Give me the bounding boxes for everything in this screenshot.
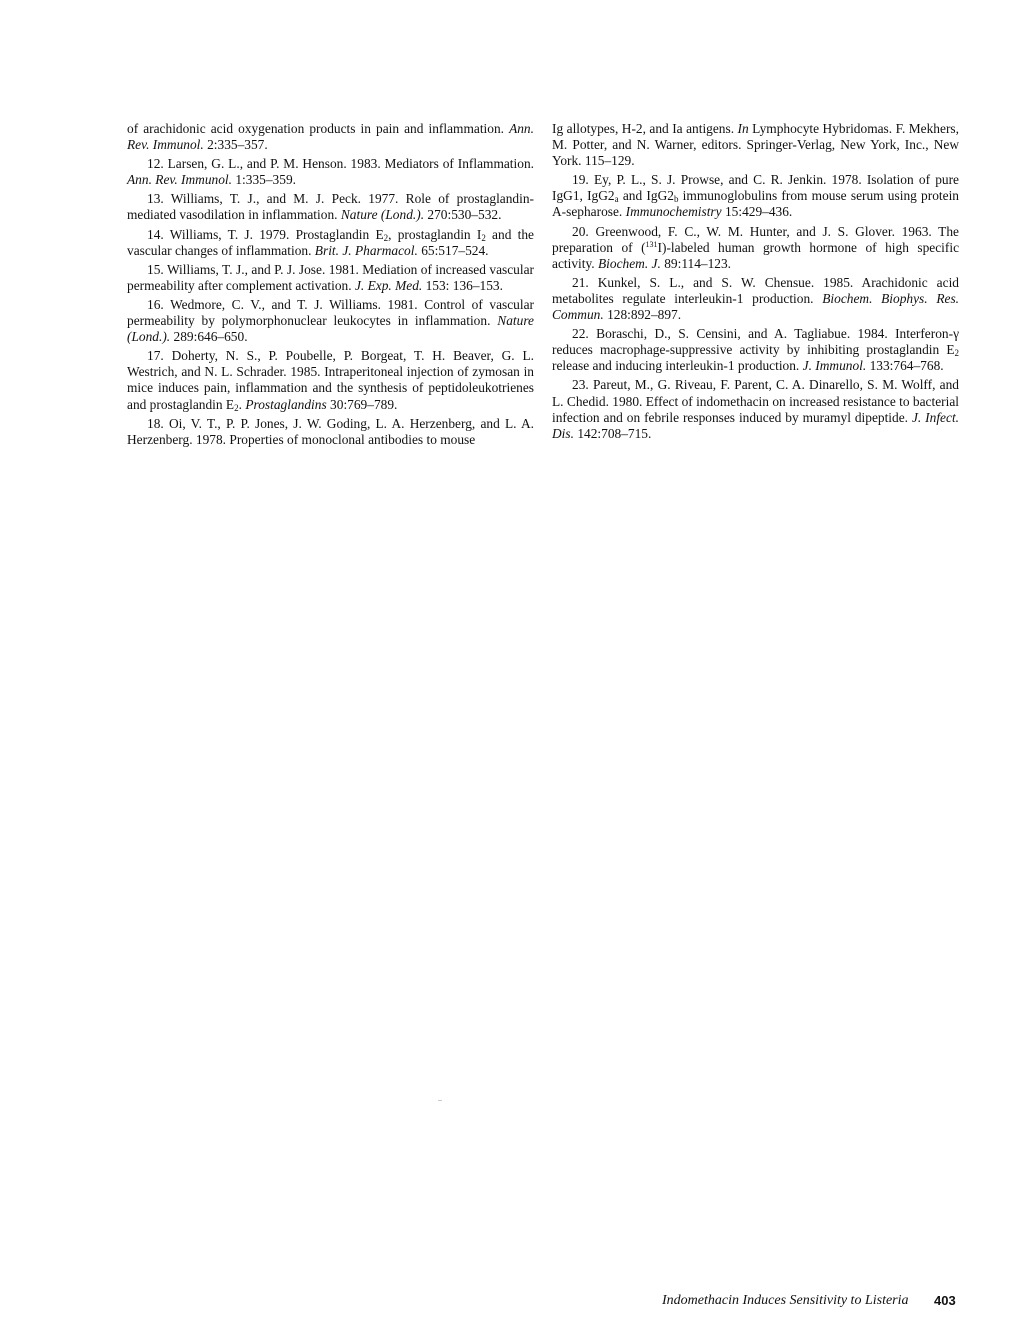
reference-17: 17. Doherty, N. S., P. Poubelle, P. Borg…	[127, 348, 534, 412]
ref-text: Wedmore, C. V., and T. J. Williams. 1981…	[127, 297, 534, 328]
ref-text: .	[239, 397, 242, 412]
ref-citation: 289:646–650.	[174, 329, 248, 344]
ref-in-marker: In	[738, 121, 749, 136]
ref-journal: Immunochemistry	[626, 204, 722, 219]
ref-text: Boraschi, D., S. Censini, and A. Tagliab…	[552, 326, 959, 357]
scan-artifact	[438, 1100, 442, 1101]
ref-citation: 89:114–123.	[664, 256, 731, 271]
ref-journal: J. Immunol.	[803, 358, 867, 373]
reference-13: 13. Williams, T. J., and M. J. Peck. 197…	[127, 191, 534, 223]
ref-number: 18.	[147, 416, 164, 431]
ref-text: Pareut, M., G. Riveau, F. Parent, C. A. …	[552, 377, 959, 424]
ref-journal: J. Exp. Med.	[355, 278, 422, 293]
reference-20: 20. Greenwood, F. C., W. M. Hunter, and …	[552, 224, 959, 272]
reference-15: 15. Williams, T. J., and P. J. Jose. 198…	[127, 262, 534, 294]
ref-number: 12.	[147, 156, 164, 171]
ref-text: Williams, T. J. 1979. Prostaglandin E	[170, 227, 384, 242]
ref-citation: 30:769–789.	[330, 397, 397, 412]
ref-text: of arachidonic acid oxygenation products…	[127, 121, 504, 136]
ref-text: Larsen, G. L., and P. M. Henson. 1983. M…	[168, 156, 534, 171]
reference-16: 16. Wedmore, C. V., and T. J. Williams. …	[127, 297, 534, 345]
ref-number: 16.	[147, 297, 164, 312]
ref-number: 14.	[147, 227, 164, 242]
ref-number: 19.	[572, 172, 589, 187]
ref-journal: Ann. Rev. Immunol.	[127, 172, 232, 187]
reference-19: 19. Ey, P. L., S. J. Prowse, and C. R. J…	[552, 172, 959, 220]
running-footer: Indomethacin Induces Sensitivity to List…	[662, 1293, 962, 1309]
reference-23: 23. Pareut, M., G. Riveau, F. Parent, C.…	[552, 377, 959, 441]
ref-number: 15.	[147, 262, 164, 277]
reference-11-continued: of arachidonic acid oxygenation products…	[127, 121, 534, 153]
ref-number: 23.	[572, 377, 589, 392]
ref-citation: 65:517–524.	[421, 243, 488, 258]
ref-text: Oi, V. T., P. P. Jones, J. W. Goding, L.…	[127, 416, 534, 447]
ref-journal: Biochem. J.	[598, 256, 661, 271]
ref-citation: 270:530–532.	[427, 207, 501, 222]
reference-12: 12. Larsen, G. L., and P. M. Henson. 198…	[127, 156, 534, 188]
ref-text: and IgG2	[619, 188, 674, 203]
reference-18: 18. Oi, V. T., P. P. Jones, J. W. Goding…	[127, 416, 534, 448]
ref-number: 21.	[572, 275, 589, 290]
ref-number: 20.	[572, 224, 589, 239]
ref-citation: 15:429–436.	[725, 204, 792, 219]
ref-citation: 1:335–359.	[235, 172, 296, 187]
references-left-column: of arachidonic acid oxygenation products…	[127, 121, 534, 451]
ref-citation: 133:764–768.	[870, 358, 944, 373]
ref-journal: Prostaglandins	[245, 397, 326, 412]
ref-number: 17.	[147, 348, 164, 363]
superscript: 131	[646, 240, 658, 249]
ref-citation: 2:335–357.	[207, 137, 268, 152]
ref-citation: 128:892–897.	[607, 307, 681, 322]
ref-text: , prostaglandin I	[388, 227, 481, 242]
ref-journal: Brit. J. Pharmacol.	[315, 243, 418, 258]
reference-22: 22. Boraschi, D., S. Censini, and A. Tag…	[552, 326, 959, 374]
subscript: 2	[955, 348, 960, 358]
reference-18-continued: Ig allotypes, H-2, and Ia antigens. In L…	[552, 121, 959, 169]
ref-number: 13.	[147, 191, 164, 206]
references-right-column: Ig allotypes, H-2, and Ia antigens. In L…	[552, 121, 959, 445]
ref-citation: 153: 136–153.	[426, 278, 503, 293]
reference-21: 21. Kunkel, S. L., and S. W. Chensue. 19…	[552, 275, 959, 323]
page-number: 403	[934, 1293, 956, 1308]
ref-text: Ig allotypes, H-2, and Ia antigens.	[552, 121, 734, 136]
ref-text: release and inducing interleukin-1 produ…	[552, 358, 799, 373]
running-title: Indomethacin Induces Sensitivity to List…	[662, 1293, 909, 1308]
ref-journal: Nature (Lond.).	[341, 207, 424, 222]
ref-number: 22.	[572, 326, 589, 341]
reference-14: 14. Williams, T. J. 1979. Prostaglandin …	[127, 227, 534, 259]
ref-citation: 142:708–715.	[577, 426, 651, 441]
